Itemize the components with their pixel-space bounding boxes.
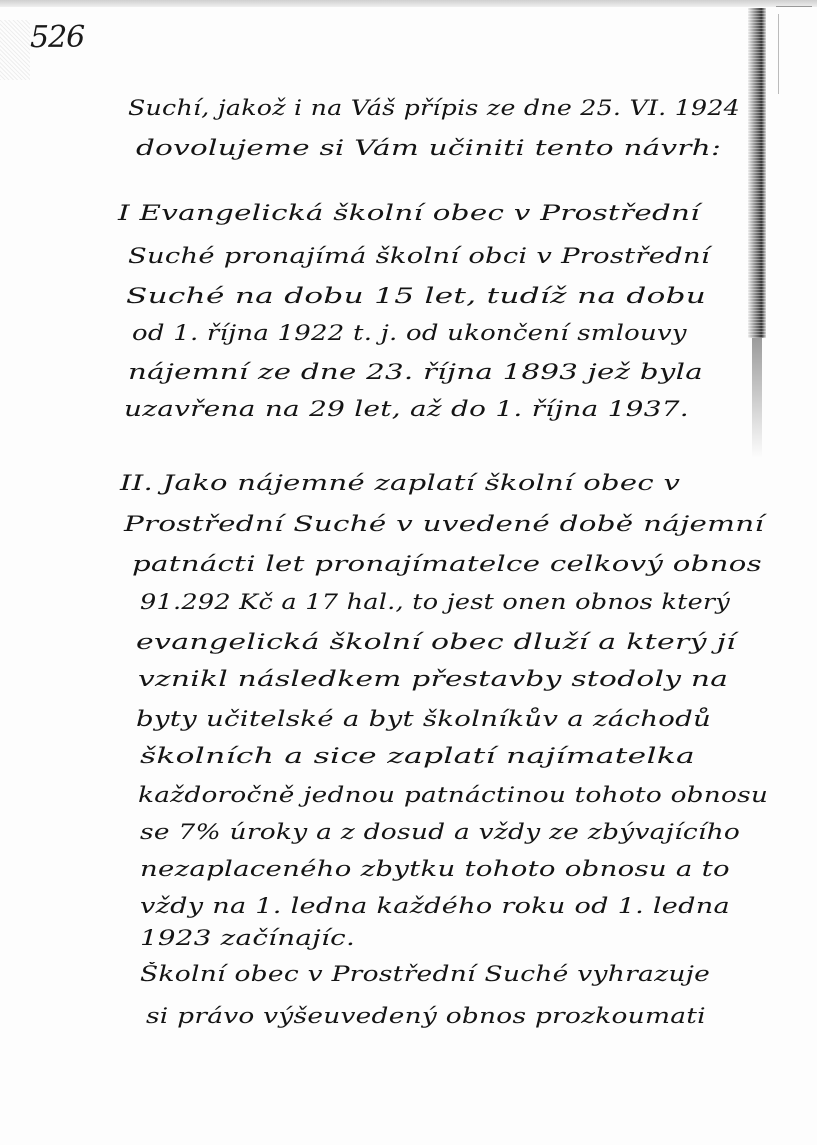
section-2-line-5: evangelická školní obec dluží a který jí	[136, 630, 736, 654]
section-2-line-14: Školní obec v Prostřední Suché vyhrazuje	[140, 962, 710, 986]
scan-binding-shadow	[748, 8, 766, 338]
scan-edge-rule	[778, 14, 779, 94]
section-2-line-6: vznikl následkem přestavby stodoly na	[138, 667, 728, 691]
section-1-line-1: I Evangelická školní obec v Prostřední	[118, 201, 700, 225]
scan-edge-mark	[776, 6, 812, 7]
section-2-line-4: 91.292 Kč a 17 hal., to jest onen obnos …	[140, 590, 730, 614]
section-2-line-12: vždy na 1. ledna každého roku od 1. ledn…	[140, 894, 730, 918]
section-1-line-3: Suché na dobu 15 let, tudíž na dobu	[126, 284, 706, 308]
section-2-line-15: si právo výšeuvedený obnos prozkoumati	[146, 1004, 706, 1028]
intro-line-1: Suchí, jakož i na Váš přípis ze dne 25. …	[128, 96, 740, 120]
page-number: 526	[30, 20, 84, 55]
scan-noise	[0, 20, 30, 80]
section-2-line-7: byty učitelské a byt školníkův a záchodů	[136, 707, 711, 731]
section-2-line-11: nezaplaceného zbytku tohoto obnosu a to	[140, 857, 730, 881]
section-2-line-9: každoročně jednou patnáctinou tohoto obn…	[138, 783, 768, 807]
section-1-line-5: nájemní ze dne 23. října 1893 jež byla	[128, 360, 703, 384]
section-1-line-2: Suché pronajímá školní obci v Prostřední	[128, 244, 710, 268]
section-2-line-2: Prostřední Suché v uvedené době nájemní	[124, 512, 764, 536]
section-2-line-8: školních a sice zaplatí najímatelka	[140, 744, 695, 768]
intro-line-2: dovolujeme si Vám učiniti tento návrh:	[136, 136, 721, 160]
section-1-line-4: od 1. října 1922 t. j. od ukončení smlou…	[132, 321, 687, 345]
scan-binding-shadow-fade	[752, 338, 762, 458]
section-1-line-6: uzavřena na 29 let, až do 1. října 1937.	[124, 397, 689, 421]
section-2-line-10: se 7% úroky a z dosud a vždy ze zbývajíc…	[140, 820, 740, 844]
section-2-line-3: patnácti let pronajímatelce celkový obno…	[132, 552, 762, 576]
scan-top-edge	[0, 0, 817, 7]
section-2-line-13: 1923 začínajíc.	[140, 926, 355, 950]
scanned-page: 526 Suchí, jakož i na Váš přípis ze dne …	[0, 0, 817, 1145]
section-2-line-1: II. Jako nájemné zaplatí školní obec v	[120, 471, 680, 495]
